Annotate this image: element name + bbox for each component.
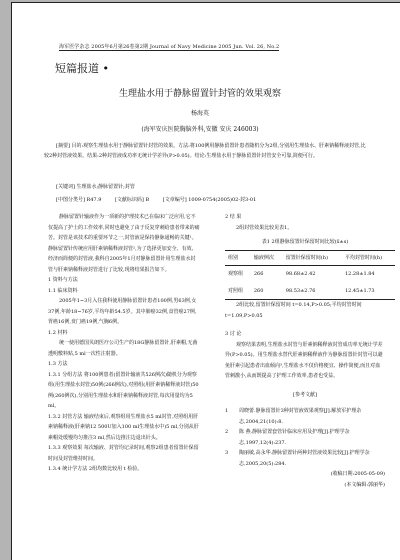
references-title: [参考文献] <box>225 390 385 401</box>
table-caption: 表1 2组静脉留置针保留时间比较(x̄±s) <box>225 237 385 248</box>
statistics-method: 1.3.4 统计学方法 2组均数比较用 t 检验。 <box>48 464 200 475</box>
keywords: [关键词] 生理盐水;静脉留置针;封管 <box>56 183 135 190</box>
table-cell: 266 <box>251 266 283 283</box>
reference-text: 陶丽敏,高永华.静脉留置针两种封管液效果比较[J].护理学杂志,2005,20(… <box>239 448 385 469</box>
abstract: [摘要] 目的:观察生理盐水用于静脉留置针封管的效果。方法:将100例用静脉留置… <box>44 141 367 161</box>
table-header: 留置针保留时间(h) <box>283 250 342 266</box>
table-cell: 260 <box>251 283 283 300</box>
results-table: 组别 输液例次 留置针保留时间(h) 平均封管时间(h) 观察组 266 98.… <box>225 250 395 301</box>
received-date: (收稿日期:2005-05-09) <box>225 469 385 480</box>
results-text: 2组封管效果比较见表1。 <box>225 223 385 234</box>
discussion-text: 观察结果表明,生理盐水封管与肝素钠稀释液封管成功率无统计学差异(P>0.05)。… <box>225 340 385 382</box>
table-cell: 98.68±2.42 <box>283 266 342 283</box>
heading-materials-methods: 1 资料与方法 <box>48 275 200 286</box>
reference-item: 1 周晓蕾.静脉留置针3种封管液效果观察[J].解放军护理杂志,2004,21(… <box>225 406 385 427</box>
clinical-data-text: 2005年1~3月入住我科使用静脉留置针患者100例,男63例,女37例,年龄1… <box>48 296 200 328</box>
table-cell: 98.53±2.76 <box>283 283 342 300</box>
heading-results: 2 结 果 <box>225 212 385 223</box>
table-cell: 12.45±1.73 <box>342 283 395 300</box>
intro-paragraph: 静脉留置针输液作为一项新的护理技术已在临床广泛应用,它不仅提高了护士的工作效率,… <box>48 212 200 275</box>
reference-number: 3 <box>225 448 239 469</box>
clc-number: [中图分类号] R47.9 <box>56 197 101 203</box>
article-title: 生理盐水用于静脉留置针封管的效果观察 <box>0 86 400 99</box>
heading-materials: 1.2 材料 <box>48 328 200 339</box>
table-header: 输液例次 <box>251 250 283 266</box>
editor-note: (本文编辑:郭丽华) <box>225 480 385 491</box>
table-cell: 12.28±1.84 <box>342 266 395 283</box>
reference-number: 2 <box>225 427 239 448</box>
article-number: [文章编号] 1009-0754(2005)02-封3-01 <box>163 197 257 203</box>
table-row: 观察组 266 98.68±2.42 12.28±1.84 <box>225 266 395 283</box>
heading-clinical-data: 1.1 临床资料 <box>48 286 200 297</box>
table-cell: 观察组 <box>225 266 251 283</box>
affiliation: (海军安庆医院胸脑外科,安徽 安庆 246003) <box>0 124 400 133</box>
heading-discussion: 3 讨 论 <box>225 329 385 340</box>
heading-methods: 1.3 方法 <box>48 359 200 370</box>
right-column: 2 结 果 2组封管效果比较见表1。 表1 2组静脉留置针保留时间比较(x̄±s… <box>225 212 385 490</box>
table-cell: 对照组 <box>225 283 251 300</box>
table-row: 对照组 260 98.53±2.76 12.45±1.73 <box>225 283 395 300</box>
section-label: 短篇报道 • <box>55 60 109 76</box>
materials-text: 统一使用德国贝朗医疗公司生产的18G静脉留置针,肝素帽,无菌透明敷料贴,5 ml… <box>48 338 200 359</box>
classification-line: [中图分类号] R47.9 [文献标识码] B [文章编号] 1009-0754… <box>56 196 268 203</box>
reference-item: 3 陶丽敏,高永华.静脉留置针两种封管液效果比较[J].护理学杂志,2005,2… <box>225 448 385 469</box>
reference-item: 2 陈 燕.静脉留置套管针临床应用及护理[J].护理学杂志,1997,12(4)… <box>225 427 385 448</box>
table-header-row: 组别 输液例次 留置针保留时间(h) 平均封管时间(h) <box>225 250 395 266</box>
reference-text: 陈 燕.静脉留置套管针临床应用及护理[J].护理学杂志,1997,12(4):2… <box>239 427 385 448</box>
grouping-method: 1.3.1 分组方法 将100例患者(留置针输液共526例次)随机分为观察组(用… <box>48 370 200 412</box>
table-note: 2组比较,留置针保留时间 t=0.14,P>0.05;平均封管时间 t=1.09… <box>225 300 385 321</box>
observation-method: 1.3.3 观察效果 每次输液、封管均记录时间,观察2组患者留置针保留时间及封管… <box>48 443 200 464</box>
reference-number: 1 <box>225 406 239 427</box>
author: 杨海英 <box>0 108 400 117</box>
left-column: 静脉留置针输液作为一项新的护理技术已在临床广泛应用,它不仅提高了护士的工作效率,… <box>48 212 200 475</box>
doc-code: [文献标识码] B <box>115 197 149 203</box>
reference-text: 周晓蕾.静脉留置针3种封管液效果观察[J].解放军护理杂志,2004,21(10… <box>239 406 385 427</box>
table-header: 平均封管时间(h) <box>342 250 395 266</box>
running-head: 海军医学杂志 2005年6月第26卷第2期 Journal of Navy Me… <box>59 43 279 51</box>
table-header: 组别 <box>225 250 251 266</box>
sealing-method: 1.3.2 封管方法 输液结束后,观察组用生理盐水5 ml封管,对照组用肝素钠稀… <box>48 412 200 444</box>
